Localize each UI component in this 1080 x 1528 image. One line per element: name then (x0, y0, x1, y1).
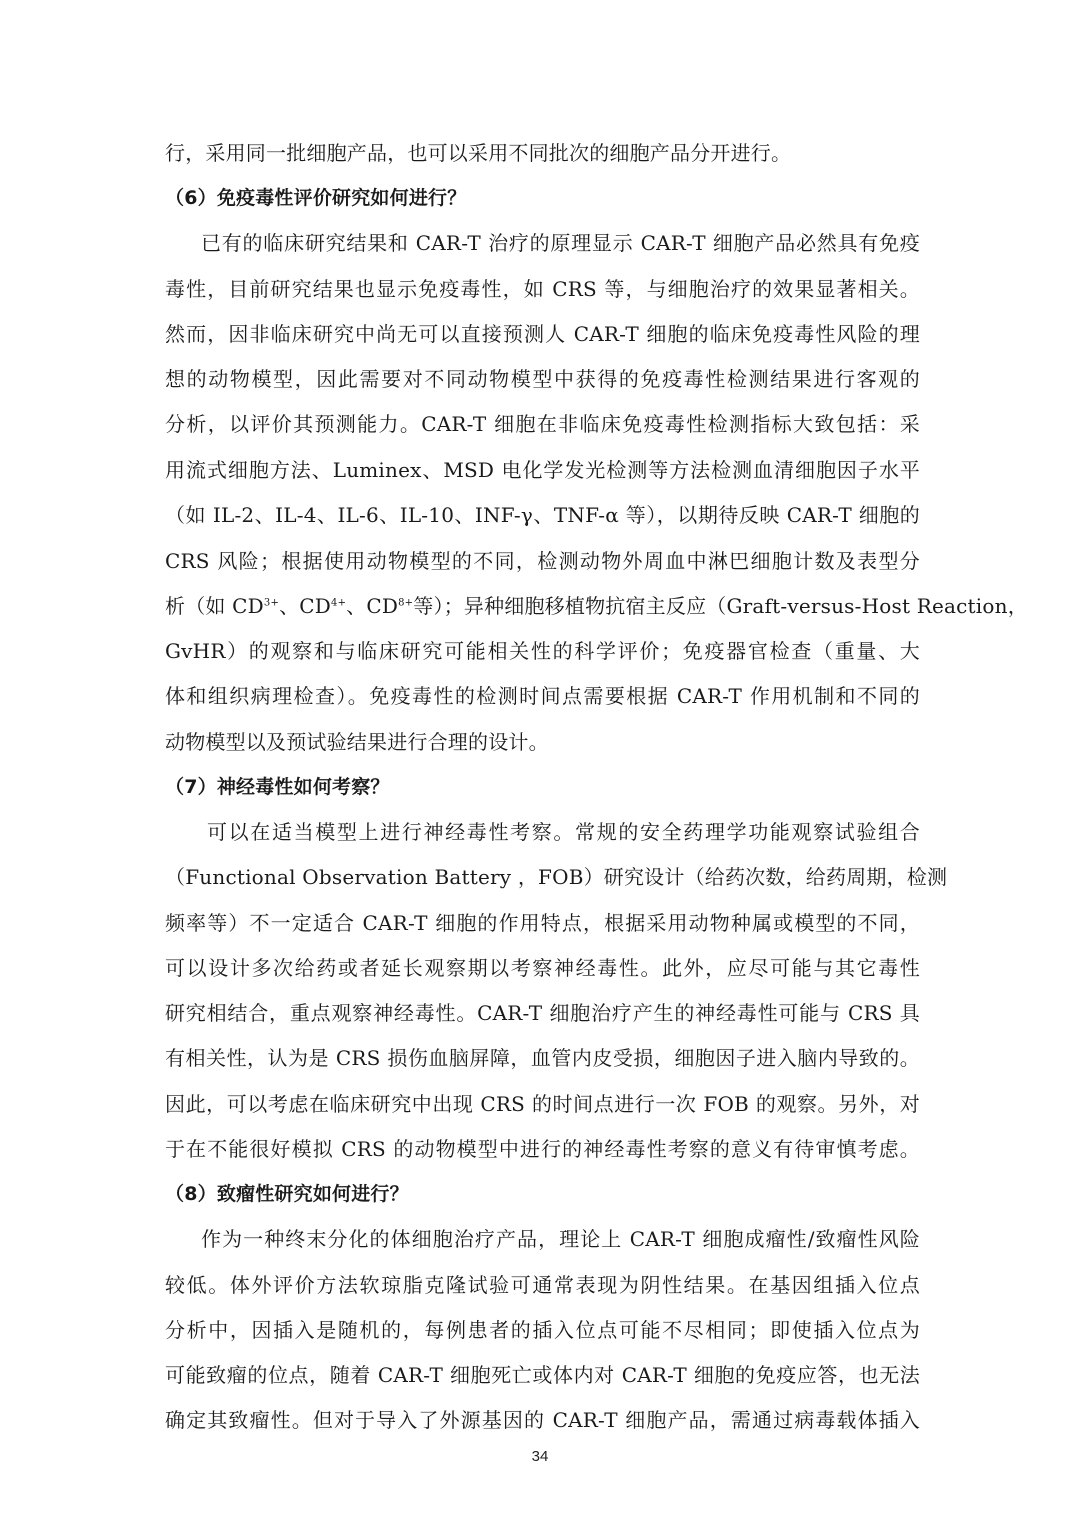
paragraph-line: 可能致瘤的位点，随着 CAR-T 细胞死亡或体内对 CAR-T 细胞的免疫应答，… (165, 1360, 920, 1390)
paragraph-line: 用流式细胞方法、Luminex、MSD 电化学发光检测等方法检测血清细胞因子水平 (165, 455, 920, 485)
text-segment: 、CD (279, 594, 331, 618)
section-heading-immunotoxicity: （6）免疫毒性评价研究如何进行？ (165, 183, 920, 213)
paragraph-line: 分析中，因插入是随机的，每例患者的插入位点可能不尽相同；即使插入位点为 (165, 1315, 920, 1345)
paragraph-line: 行，采用同一批细胞产品，也可以采用不同批次的细胞产品分开进行。 (165, 138, 920, 168)
superscript: 4+ (331, 597, 346, 608)
paragraph-line-with-superscripts: 析（如 CD3+、CD4+、CD8+等）；异种细胞移植物抗宿主反应（Graft-… (165, 591, 920, 621)
page-number: 34 (0, 1448, 1080, 1465)
paragraph-line: 研究相结合，重点观察神经毒性。CAR-T 细胞治疗产生的神经毒性可能与 CRS … (165, 998, 920, 1028)
text-segment: 等）；异种细胞移植物抗宿主反应（Graft-versus-Host Reacti… (413, 594, 1028, 618)
text-segment: 、CD (346, 594, 398, 618)
section-heading-neurotoxicity: （7）神经毒性如何考察？ (165, 772, 920, 802)
paragraph-line: （Functional Observation Battery ，FOB）研究设… (165, 862, 920, 892)
paragraph-line: 体和组织病理检查）。免疫毒性的检测时间点需要根据 CAR-T 作用机制和不同的 (165, 681, 920, 711)
paragraph-line: 于在不能很好模拟 CRS 的动物模型中进行的神经毒性考察的意义有待审慎考虑。 (165, 1134, 920, 1164)
paragraph-line: 频率等）不一定适合 CAR-T 细胞的作用特点，根据采用动物种属或模型的不同， (165, 908, 920, 938)
paragraph-line: GvHR）的观察和与临床研究可能相关性的科学评价；免疫器官检查（重量、大 (165, 636, 920, 666)
paragraph-line: CRS 风险；根据使用动物模型的不同，检测动物外周血中淋巴细胞计数及表型分 (165, 546, 920, 576)
paragraph-line: 较低。体外评价方法软琼脂克隆试验可通常表现为阴性结果。在基因组插入位点 (165, 1270, 920, 1300)
section-heading-tumorigenicity: （8）致瘤性研究如何进行？ (165, 1179, 920, 1209)
paragraph-line: 分析，以评价其预测能力。CAR-T 细胞在非临床免疫毒性检测指标大致包括：采 (165, 409, 920, 439)
superscript: 8+ (398, 597, 413, 608)
paragraph-line: 动物模型以及预试验结果进行合理的设计。 (165, 727, 920, 757)
paragraph-line: 毒性，目前研究结果也显示免疫毒性，如 CRS 等，与细胞治疗的效果显著相关。 (165, 274, 920, 304)
paragraph-line: 想的动物模型，因此需要对不同动物模型中获得的免疫毒性检测结果进行客观的 (165, 364, 920, 394)
superscript: 3+ (264, 597, 279, 608)
paragraph-line: 可以在适当模型上进行神经毒性考察。常规的安全药理学功能观察试验组合 (165, 817, 920, 847)
paragraph-line: 已有的临床研究结果和 CAR-T 治疗的原理显示 CAR-T 细胞产品必然具有免… (165, 228, 920, 258)
paragraph-line: （如 IL-2、IL-4、IL-6、IL-10、INF-γ、TNF-α 等），以… (165, 500, 920, 530)
paragraph-line: 有相关性，认为是 CRS 损伤血脑屏障，血管内皮受损，细胞因子进入脑内导致的。 (165, 1043, 920, 1073)
paragraph-line: 确定其致瘤性。但对于导入了外源基因的 CAR-T 细胞产品，需通过病毒载体插入 (165, 1405, 920, 1435)
paragraph-line: 作为一种终末分化的体细胞治疗产品，理论上 CAR-T 细胞成瘤性/致瘤性风险 (165, 1224, 920, 1254)
paragraph-line: 然而，因非临床研究中尚无可以直接预测人 CAR-T 细胞的临床免疫毒性风险的理 (165, 319, 920, 349)
paragraph-line: 可以设计多次给药或者延长观察期以考察神经毒性。此外，应尽可能与其它毒性 (165, 953, 920, 983)
text-segment: 析（如 CD (165, 594, 264, 618)
paragraph-line: 因此，可以考虑在临床研究中出现 CRS 的时间点进行一次 FOB 的观察。另外，… (165, 1089, 920, 1119)
